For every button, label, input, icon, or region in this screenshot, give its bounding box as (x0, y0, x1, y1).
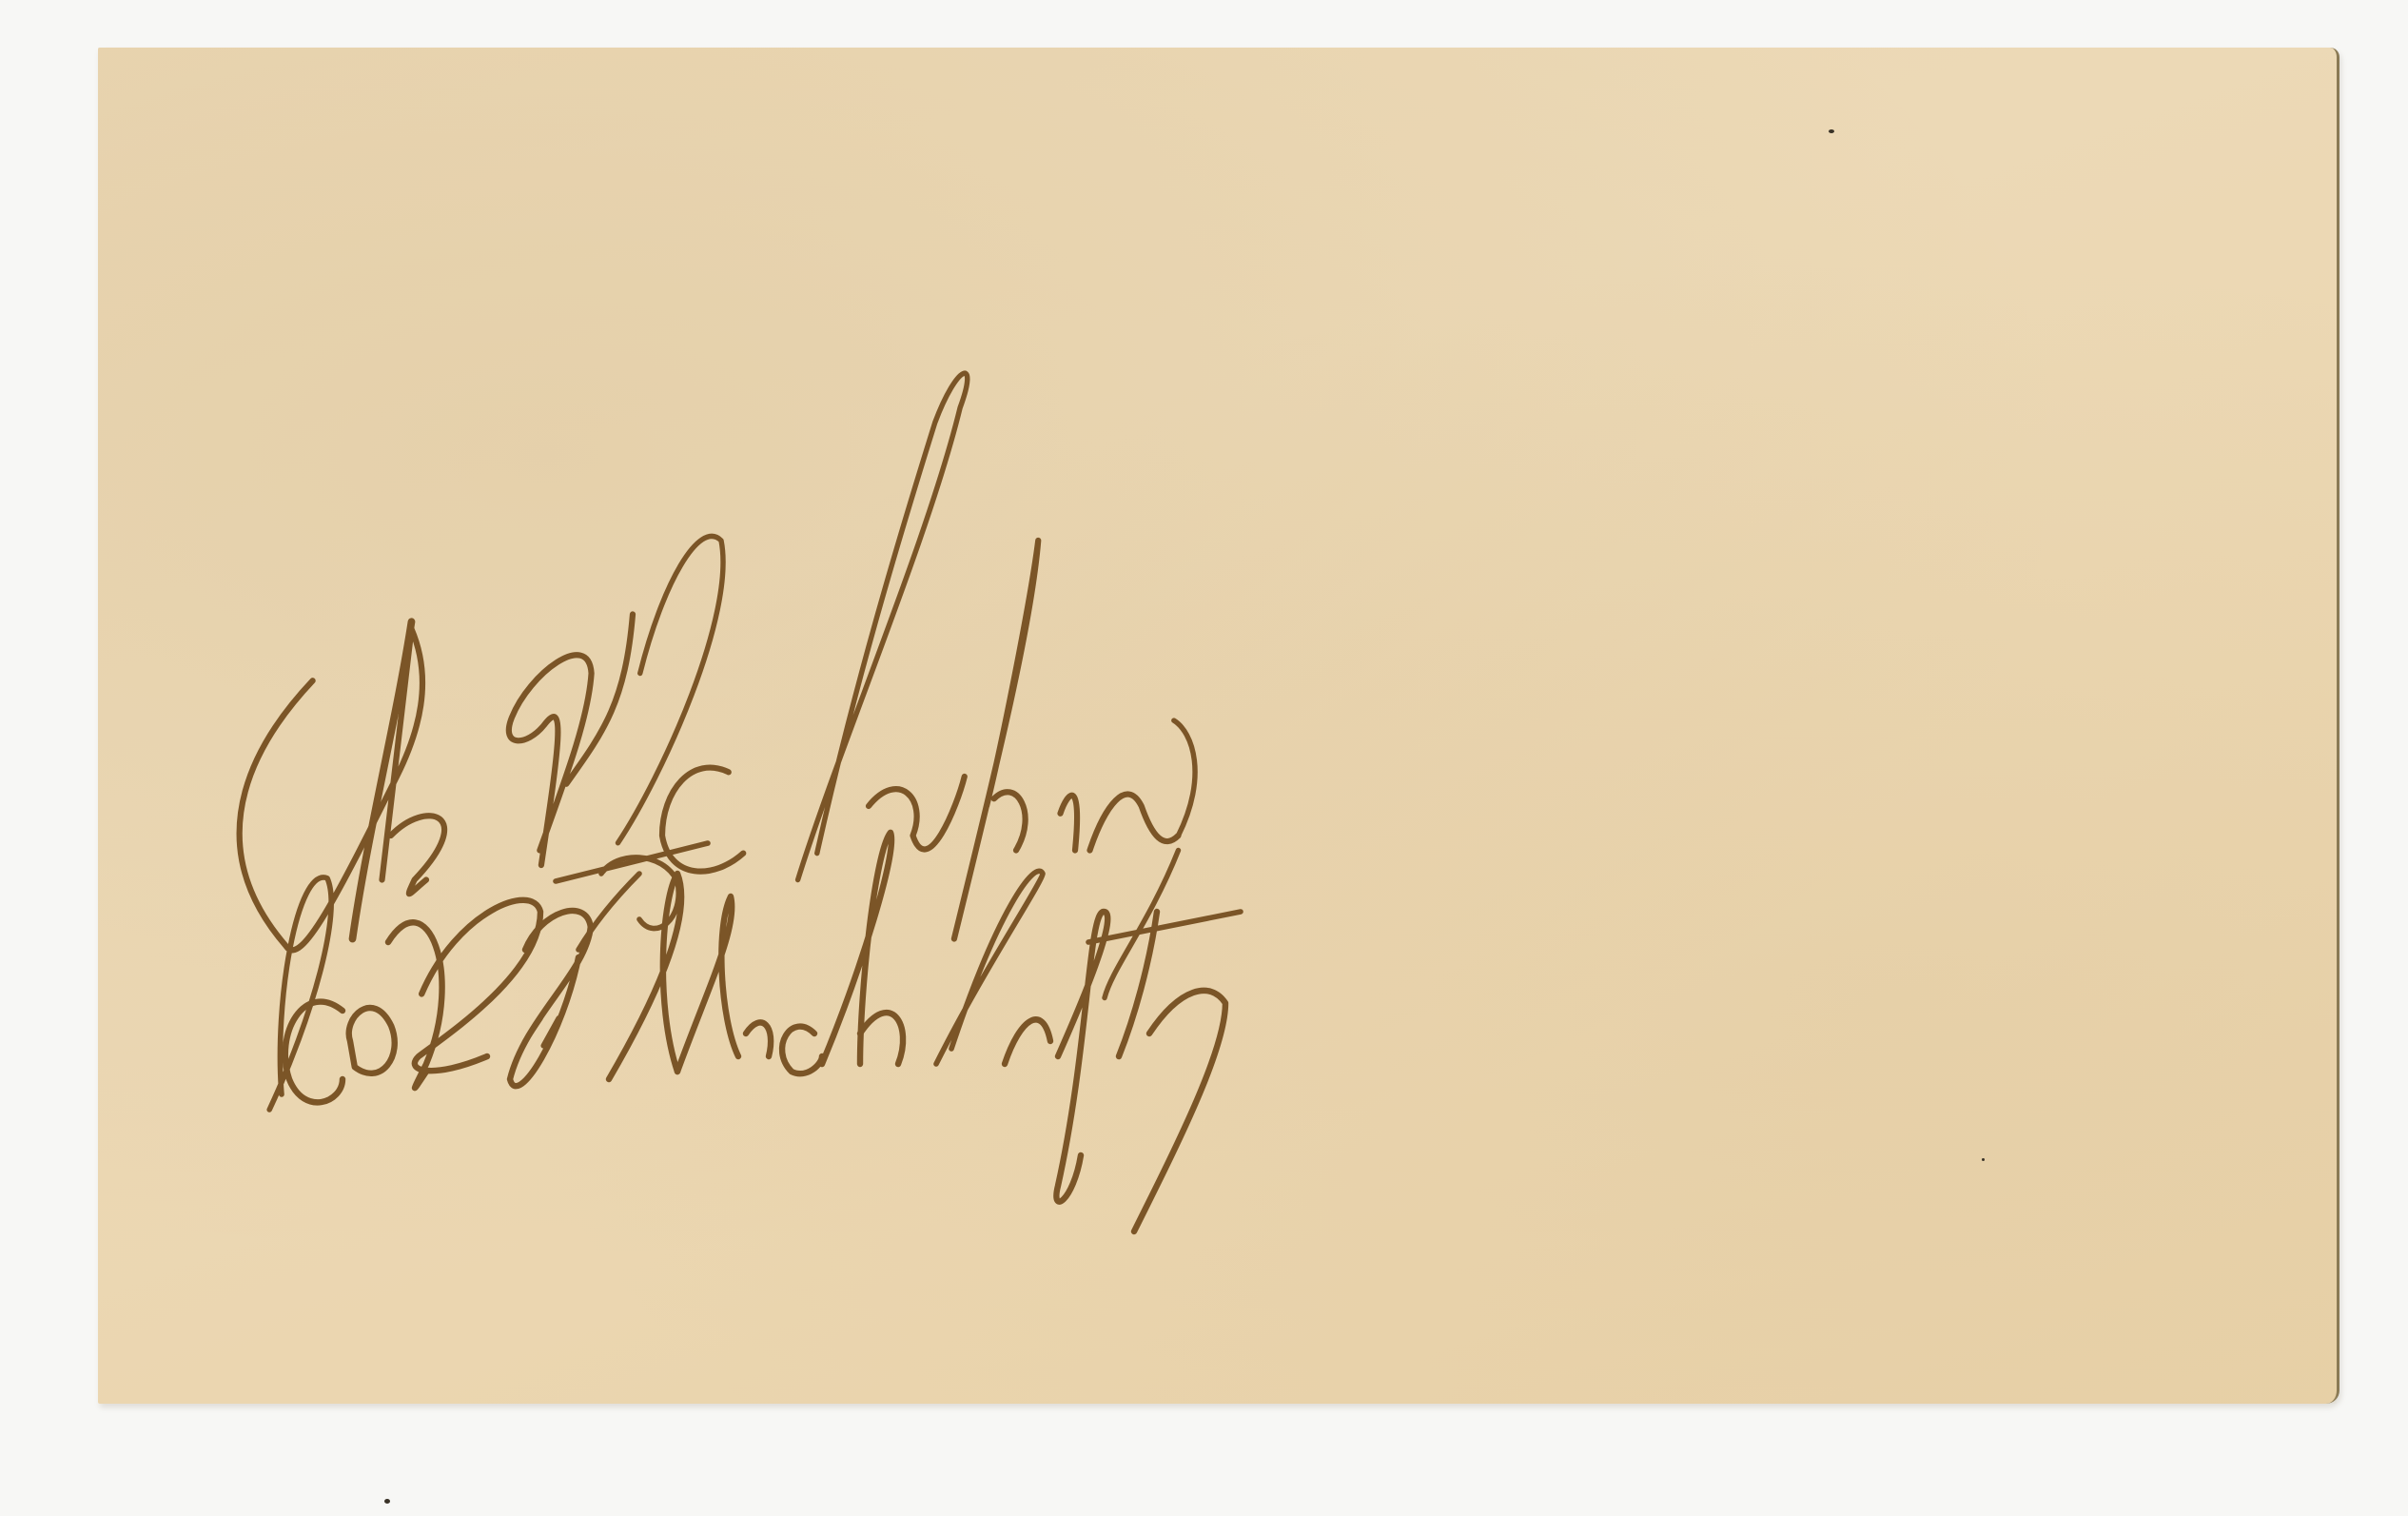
handwriting-ink (0, 0, 2408, 1516)
signature-line-1 (240, 373, 1195, 997)
